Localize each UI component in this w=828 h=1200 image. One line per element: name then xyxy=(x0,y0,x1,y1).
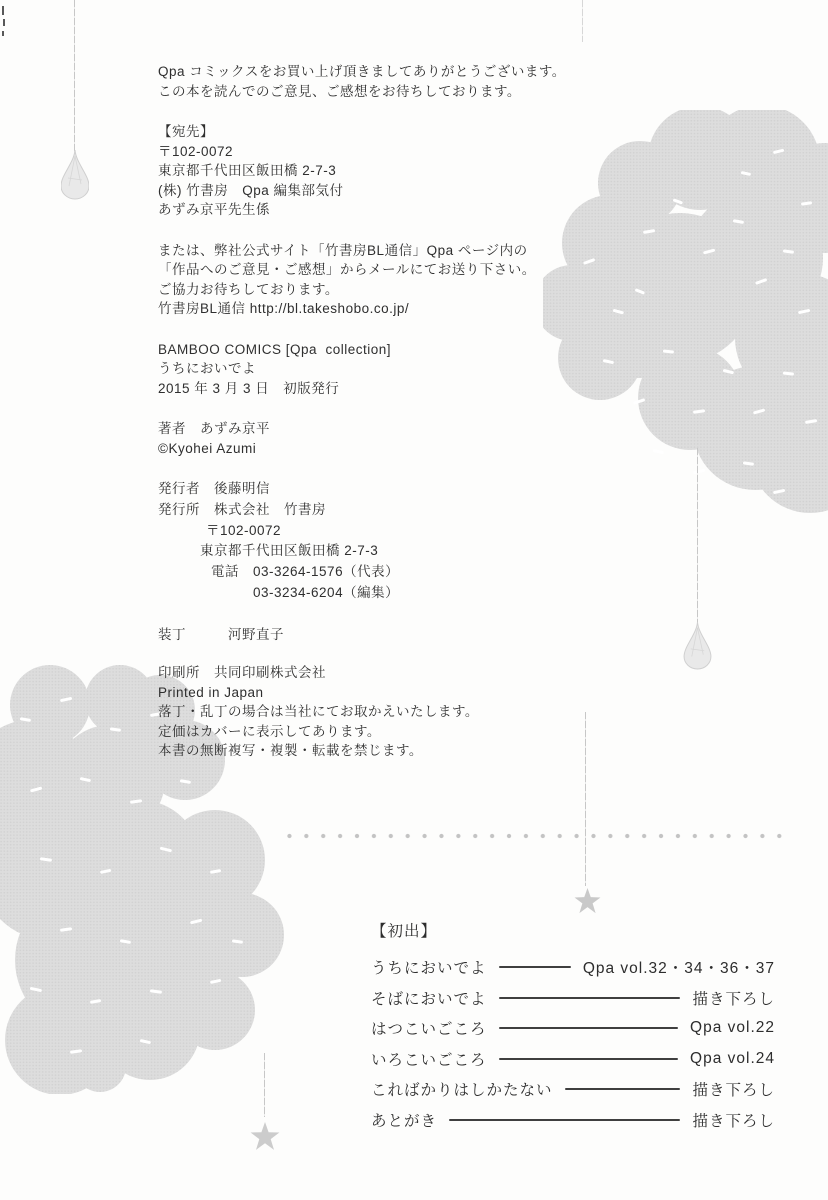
leader-rule xyxy=(499,1027,679,1029)
list-item: あとがき 描き下ろし xyxy=(371,1111,775,1129)
author-attention-line: あずみ京平先生係 xyxy=(158,200,588,220)
leader-rule xyxy=(499,997,681,999)
chapter-title: はつこいごころ xyxy=(371,1017,487,1039)
designer-line: 装丁 河野直子 xyxy=(158,625,588,645)
crystal-drop-icon xyxy=(61,150,89,200)
street-address: 東京都千代田区飯田橋 2-7-3 xyxy=(158,161,588,181)
publisher-person: 発行者 後藤明信 xyxy=(158,479,588,500)
chapter-source: Qpa vol.22 xyxy=(690,1019,775,1037)
crystal-drop-icon xyxy=(683,622,712,670)
chapter-source: 描き下ろし xyxy=(692,987,775,1009)
chapter-title: いろこいごころ xyxy=(371,1048,487,1070)
hanging-thread xyxy=(697,448,698,626)
leader-rule xyxy=(449,1119,680,1121)
list-item: いろこいごころ Qpa vol.24 xyxy=(371,1050,775,1068)
company-line: (株) 竹書房 Qpa 編集部気付 xyxy=(158,181,588,201)
hanging-thread xyxy=(582,0,583,42)
publisher-company: 発行所 株式会社 竹書房 xyxy=(158,500,588,521)
publisher-paragraph: 発行者 後藤明信 発行所 株式会社 竹書房 〒102-0072 東京都千代田区飯… xyxy=(158,479,588,604)
copyright-line: ©Kyohei Azumi xyxy=(158,439,588,459)
star-icon xyxy=(250,1122,280,1152)
list-item: うちにおいでよ Qpa vol.32・34・36・37 xyxy=(371,958,775,976)
colophon-line: ご協力お待ちしております。 xyxy=(158,280,588,300)
star-icon xyxy=(574,888,601,915)
colophon-line: Qpa コミックスをお買い上げ頂きましてありがとうございます。 xyxy=(158,62,588,82)
leader-rule xyxy=(565,1088,681,1090)
price-notice-line: 定価はカバーに表示してあります。 xyxy=(158,722,588,742)
colophon-line: 「作品へのご意見・ご感想」からメールにてお送り下さい。 xyxy=(158,260,588,280)
printed-in-japan-line: Printed in Japan xyxy=(158,683,588,703)
address-heading: 【宛先】 xyxy=(158,122,588,142)
chapter-title: うちにおいでよ xyxy=(371,956,487,978)
scan-edge-mark xyxy=(3,19,5,26)
leader-rule xyxy=(499,966,571,968)
colophon-line: この本を読んでのご意見、ご感想をお待ちしております。 xyxy=(158,82,588,102)
colophon-line: または、弊社公式サイト「竹書房BL通信」Qpa ページ内の xyxy=(158,241,588,261)
chapter-source: 描き下ろし xyxy=(692,1078,775,1100)
phone-editorial: 03-3234-6204（編集） xyxy=(158,583,588,604)
thanks-paragraph: Qpa コミックスをお買い上げ頂きましてありがとうございます。 この本を読んでの… xyxy=(158,62,588,101)
printer-line: 印刷所 共同印刷株式会社 xyxy=(158,663,588,683)
chapter-title: あとがき xyxy=(371,1109,437,1131)
first-appearance-heading: 【初出】 xyxy=(371,919,775,941)
address-paragraph: 【宛先】 〒102-0072 東京都千代田区飯田橋 2-7-3 (株) 竹書房 … xyxy=(158,122,588,220)
book-title: うちにおいでよ xyxy=(158,359,588,379)
chapter-source: Qpa vol.32・34・36・37 xyxy=(583,956,775,978)
author-line: 著者 あずみ京平 xyxy=(158,419,588,439)
website-url-line: 竹書房BL通信 http://bl.takeshobo.co.jp/ xyxy=(158,299,588,319)
publisher-address: 東京都千代田区飯田橋 2-7-3 xyxy=(158,541,588,562)
dotted-divider xyxy=(281,832,788,840)
hanging-thread xyxy=(74,0,75,152)
hanging-thread xyxy=(264,1053,265,1117)
imprint-line: BAMBOO COMICS [Qpa collection] xyxy=(158,340,588,360)
author-paragraph: 著者 あずみ京平 ©Kyohei Azumi xyxy=(158,419,588,458)
printing-paragraph: 印刷所 共同印刷株式会社 Printed in Japan 落丁・乱丁の場合は当… xyxy=(158,663,588,761)
chapter-title: そばにおいでよ xyxy=(371,987,487,1009)
defect-notice-line: 落丁・乱丁の場合は当社にてお取かえいたします。 xyxy=(158,702,588,722)
list-item: はつこいごころ Qpa vol.22 xyxy=(371,1019,775,1037)
copyright-notice-line: 本書の無断複写・複製・転載を禁じます。 xyxy=(158,741,588,761)
list-item: そばにおいでよ 描き下ろし xyxy=(371,989,775,1007)
first-appearance-section: 【初出】 うちにおいでよ Qpa vol.32・34・36・37 そばにおいでよ… xyxy=(371,919,775,1141)
design-paragraph: 装丁 河野直子 xyxy=(158,625,588,645)
website-paragraph: または、弊社公式サイト「竹書房BL通信」Qpa ページ内の 「作品へのご意見・ご… xyxy=(158,241,588,319)
chapter-title: こればかりはしかたない xyxy=(371,1078,553,1100)
leader-rule xyxy=(499,1058,679,1060)
chapter-source: 描き下ろし xyxy=(692,1109,775,1131)
edition-paragraph: BAMBOO COMICS [Qpa collection] うちにおいでよ 2… xyxy=(158,340,588,399)
scan-edge-mark xyxy=(2,6,4,15)
publisher-postal: 〒102-0072 xyxy=(158,521,588,542)
colophon-text-block: Qpa コミックスをお買い上げ頂きましてありがとうございます。 この本を読んでの… xyxy=(158,62,588,782)
edition-date: 2015 年 3 月 3 日 初版発行 xyxy=(158,379,588,399)
scanned-colophon-page: { "colophon": { "p1": [ "Qpa コミックスをお買い上げ… xyxy=(0,0,828,1200)
list-item: こればかりはしかたない 描き下ろし xyxy=(371,1080,775,1098)
chapter-source: Qpa vol.24 xyxy=(690,1050,775,1068)
phone-main: 電話 03-3264-1576（代表） xyxy=(158,562,588,583)
postal-code: 〒102-0072 xyxy=(158,142,588,162)
scan-edge-mark xyxy=(2,31,4,36)
